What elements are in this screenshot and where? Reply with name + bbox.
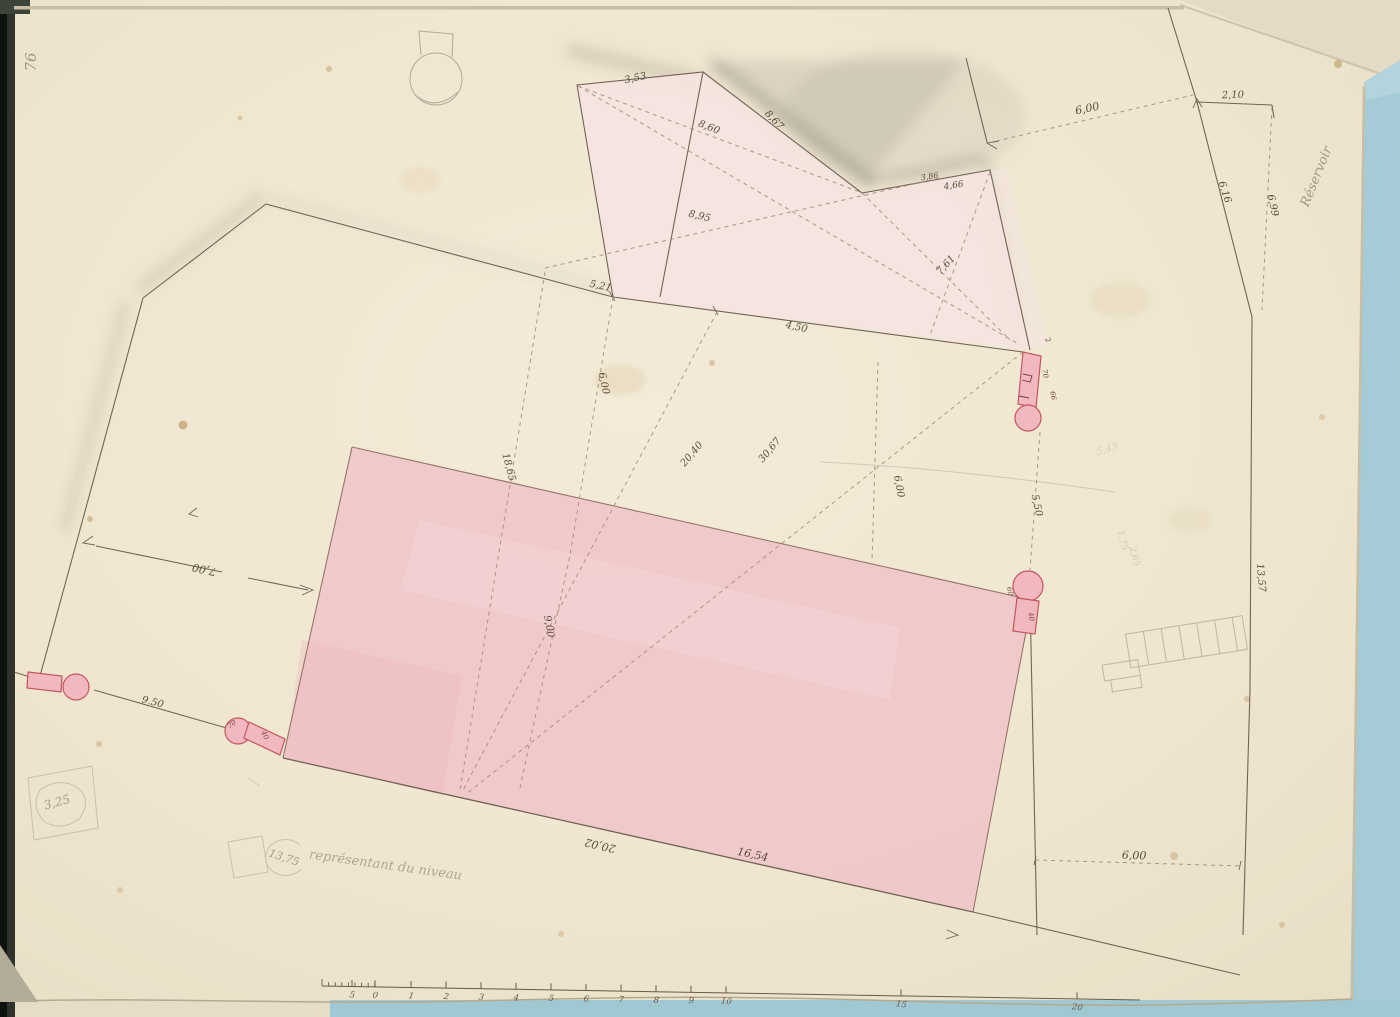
page-number: 76 xyxy=(22,52,40,72)
dim-6-00-bottom: 6,00 xyxy=(1122,849,1147,863)
site-plan-drawing: 3,538,678,608,953,864,667,615,214,506,00… xyxy=(0,0,1400,1017)
archival-drawing-scan: 3,538,678,608,953,864,667,615,214,506,00… xyxy=(0,0,1400,1017)
scale-tick-label: 20 xyxy=(1070,1002,1084,1014)
scale-tick-label: 10 xyxy=(720,996,733,1007)
scale-tick-label: 15 xyxy=(895,999,907,1010)
dim-2-10: 2,10 xyxy=(1221,90,1245,102)
